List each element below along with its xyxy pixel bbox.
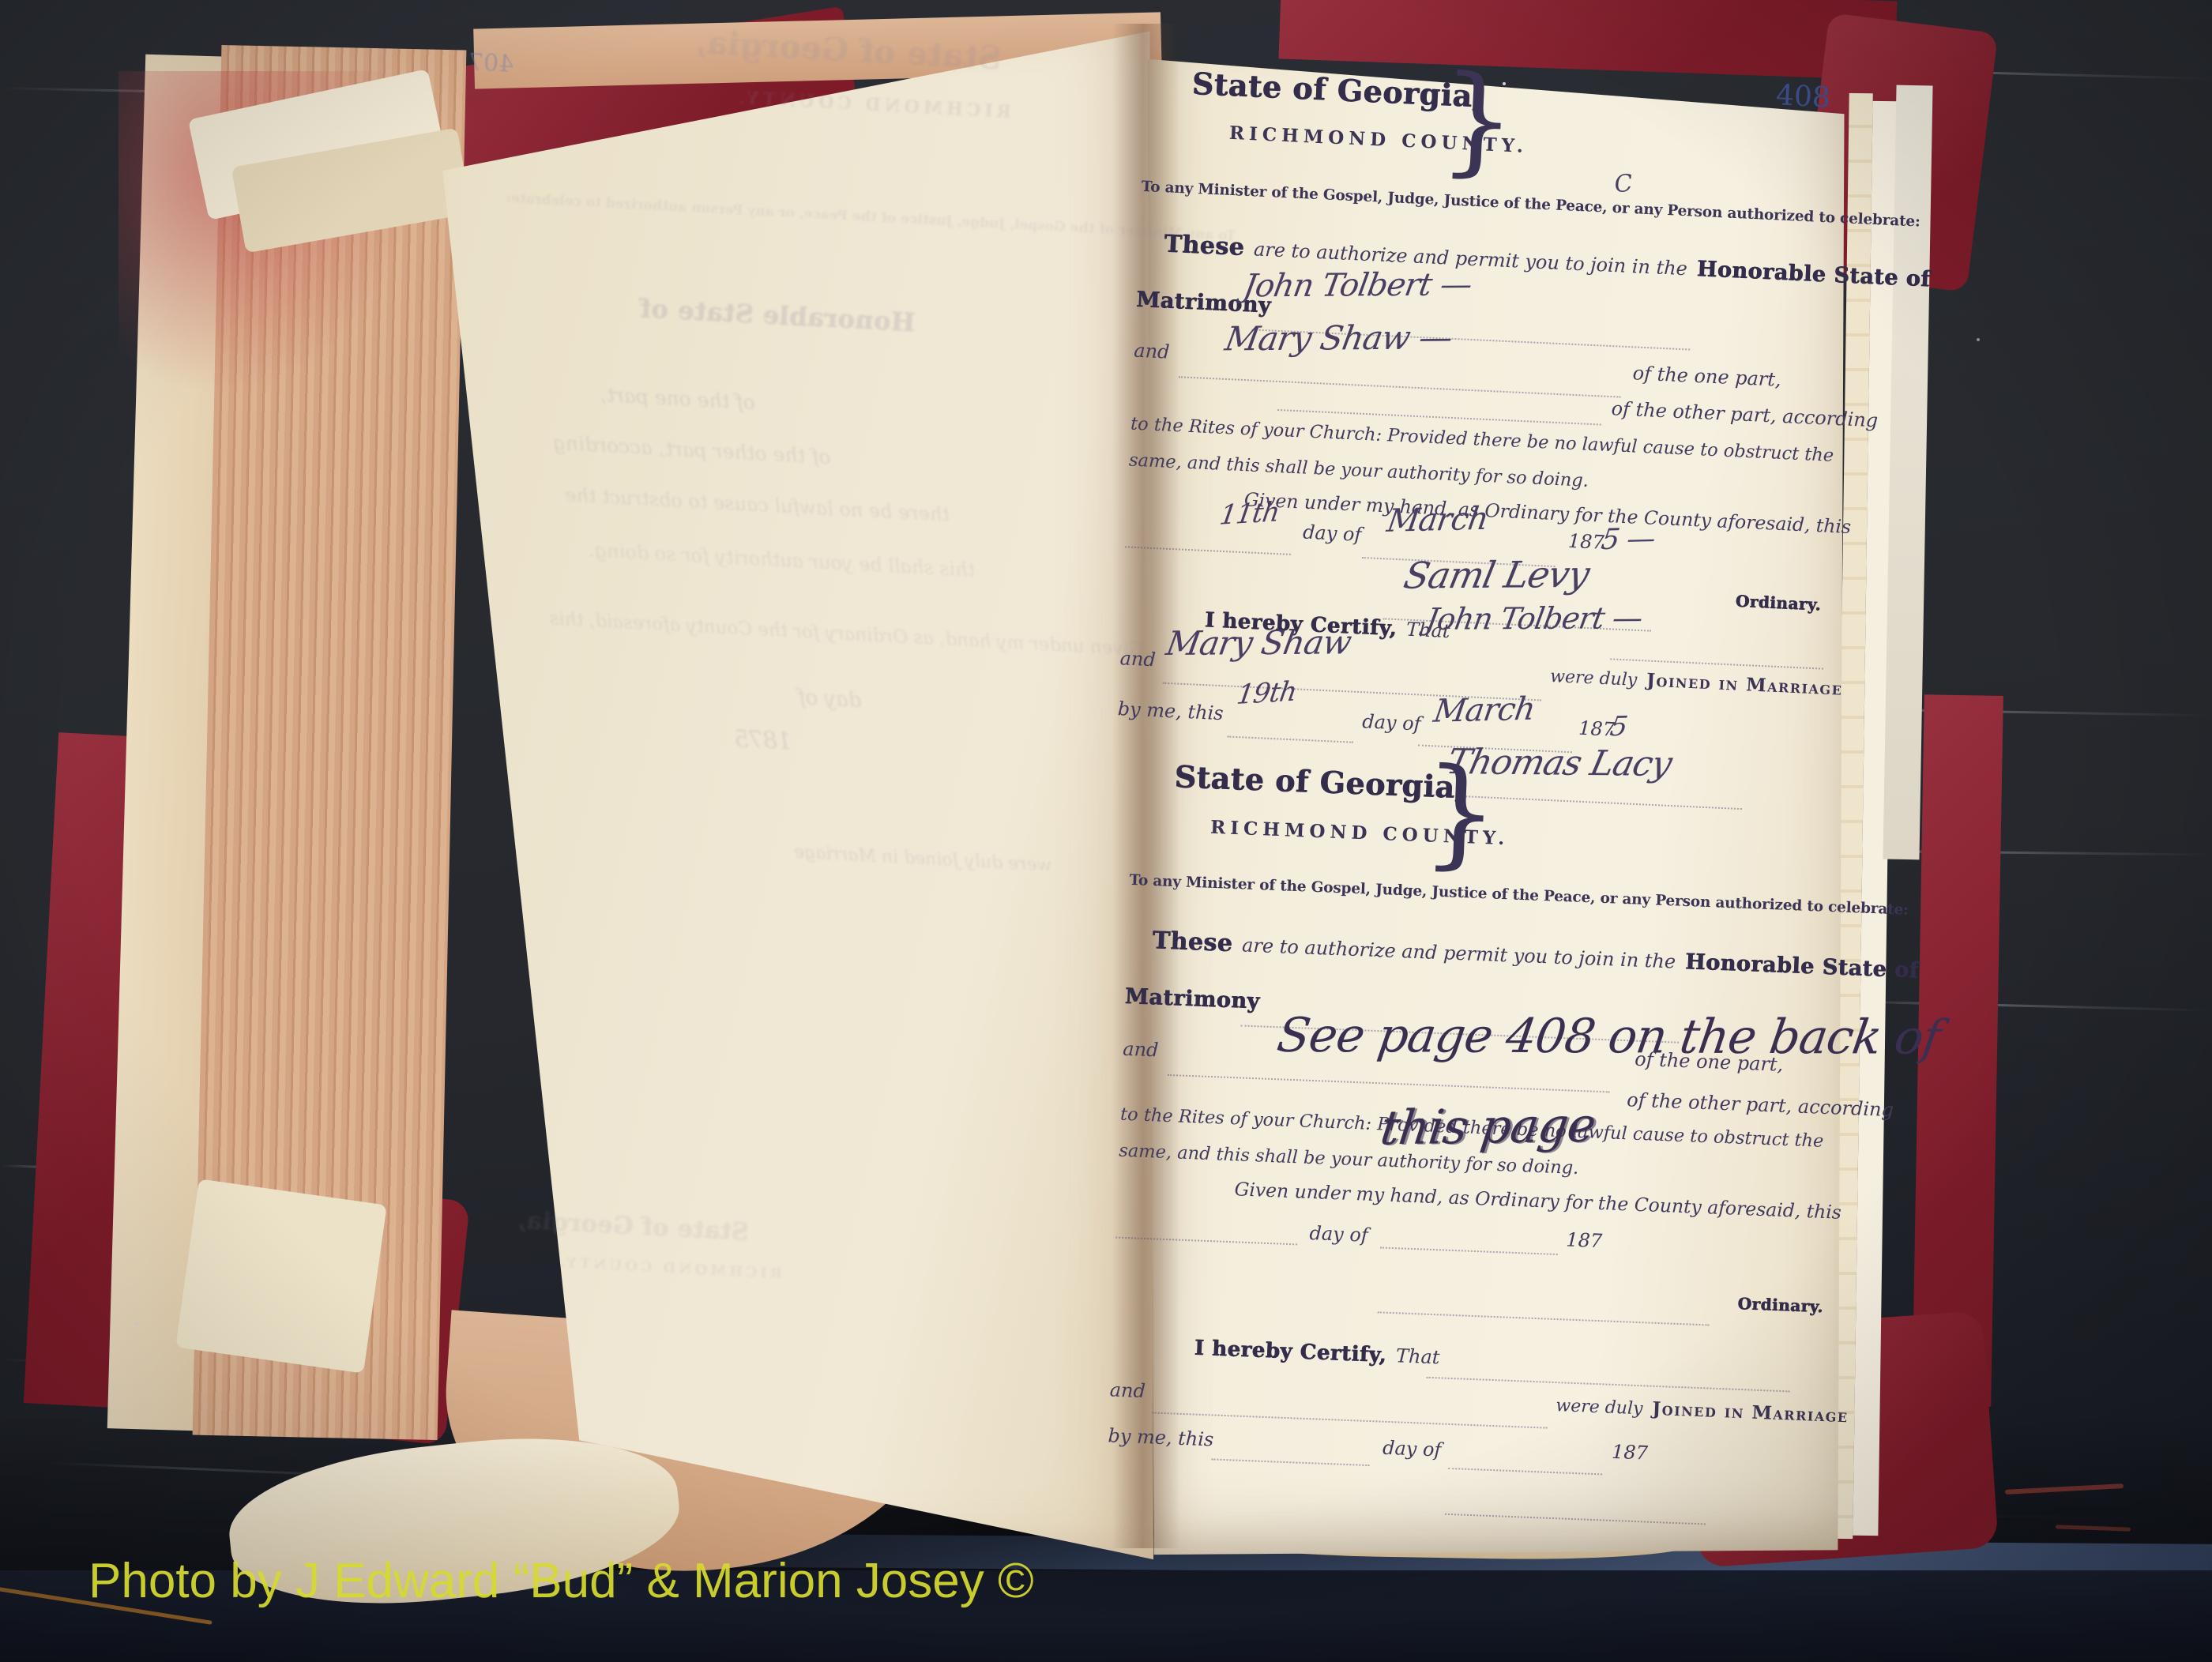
form1-certify-groom-name: John Tolbert —: [1424, 600, 1645, 637]
form1-bride-blank-line: [1179, 374, 1621, 397]
joined-prefix: were duly: [1550, 667, 1638, 690]
form1-authority-line: same, and this shall be your authority f…: [1129, 449, 1589, 491]
honorable-text: Honorable State of: [1685, 949, 1920, 983]
form1-marriage-month: March: [1431, 691, 1537, 730]
these-word: These: [1164, 230, 1245, 261]
ghost-year: 1875: [734, 725, 792, 756]
form2-brace-glyph: }: [1420, 752, 1500, 874]
joined-caps: Joined in Marriage: [1652, 1398, 1849, 1427]
photo-of-marriage-record-book: 407 State of Georgia, RICHMOND COUNTY. T…: [0, 0, 2212, 1662]
form1-joined-line: were duly Joined in Marriage: [1550, 665, 1843, 700]
ghost-county-header: RICHMOND COUNTY.: [735, 88, 1012, 122]
form2-year-prefix-2: 187: [1612, 1441, 1649, 1465]
these-word: These: [1152, 927, 1233, 957]
ghost-lawful-cause: there be no lawful cause to obstruct the: [565, 483, 950, 525]
form2-state-header: State of Georgia,: [1174, 758, 1466, 805]
form1-and-label: and: [1134, 340, 1170, 363]
form2-joined-line: were duly Joined in Marriage: [1556, 1394, 1849, 1427]
that-label: That: [1396, 1344, 1440, 1368]
form1-one-part-text: of the one part,: [1632, 362, 1781, 391]
ghost-address-line: To any Minister of the Gospel, Judge, Ju…: [506, 190, 1236, 244]
ghost-day-of: day of: [797, 686, 862, 713]
form1-bride-name: Mary Shaw —: [1222, 318, 1455, 358]
form2-day-blank: [1115, 1235, 1297, 1246]
marriage-record-form-1: State of Georgia, RICHMOND COUNTY. } To …: [1113, 62, 1857, 844]
form1-license-day: 11th: [1217, 496, 1281, 532]
form1-day-of-label-2: day of: [1362, 710, 1421, 735]
form2-day-of-label: day of: [1309, 1222, 1368, 1246]
form1-certify-blank: [1610, 656, 1823, 669]
marriage-record-form-2: State of Georgia, RICHMOND COUNTY. } To …: [1104, 747, 1845, 1548]
ghost-joined-line: were duly Joined in Marriage: [794, 842, 1052, 875]
ghost-other-part: of the other part, according: [552, 431, 831, 468]
ghost-authority: this shall be your authority for so doin…: [589, 539, 976, 581]
under-page-corner-bottom-left: [175, 1179, 387, 1373]
form2-month-blank: [1380, 1245, 1558, 1255]
photographer-watermark: Photo by J Edward “Bud” & Marion Josey ©: [88, 1553, 1034, 1609]
form1-and-label-2: and: [1119, 647, 1156, 671]
form2-ordinary-label: Ordinary.: [1737, 1294, 1823, 1316]
joined-prefix: were duly: [1556, 1396, 1643, 1419]
ghost-one-part: of the one part,: [600, 383, 755, 414]
form2-officiant-signature-line: [1445, 1512, 1706, 1525]
form2-note-line-2: this page: [1377, 1098, 1598, 1156]
form1-certify-bride-name: Mary Shaw: [1164, 622, 1354, 663]
form1-day-blank: [1125, 544, 1291, 555]
form1-brace-glyph: }: [1438, 59, 1518, 181]
form1-license-year-suffix: 5 —: [1599, 522, 1657, 556]
ghost-page-number: 407: [468, 49, 514, 79]
book-cover-top-edge: [1278, 0, 1897, 81]
form1-marriage-day-blank: [1227, 734, 1353, 743]
ghost-county-header-2: RICHMOND COUNTY.: [557, 1254, 783, 1283]
form1-ordinary-signature: Saml Levy: [1400, 553, 1593, 597]
certify-label: I hereby Certify,: [1194, 1336, 1386, 1367]
form1-marriage-year-suffix: 5: [1608, 711, 1629, 743]
form2-these-line: These are to authorize and permit you to…: [1152, 927, 1919, 983]
ghost-state-header-2: State of Georgia,: [517, 1206, 749, 1246]
form2-marriage-month-blank: [1448, 1466, 1602, 1475]
dust-speck: [134, 1322, 138, 1326]
form2-and-label-2: and: [1109, 1378, 1145, 1402]
left-page-bleedthrough: 407 State of Georgia, RICHMOND COUNTY. T…: [462, 28, 1145, 1529]
form2-ordinary-signature-line: [1378, 1310, 1710, 1325]
form1-address-line: To any Minister of the Gospel, Judge, Ju…: [1141, 179, 1920, 231]
form2-certify-line: I hereby Certify, That: [1194, 1336, 1440, 1369]
form1-day-of-label: day of: [1303, 521, 1362, 546]
form2-and-label: and: [1123, 1038, 1159, 1062]
dust-speck: [1977, 338, 1980, 341]
form2-bride-blank-line: [1168, 1073, 1610, 1092]
form2-day-of-label-2: day of: [1382, 1437, 1442, 1461]
form2-by-me-label: by me, this: [1108, 1424, 1214, 1450]
form2-year-prefix: 187: [1566, 1228, 1603, 1252]
form1-license-month: March: [1385, 501, 1491, 540]
form2-bride-blank: [1153, 1410, 1548, 1428]
form2-matrimony-label: Matrimony: [1124, 984, 1260, 1014]
form1-stray-pen-mark: C: [1613, 170, 1633, 199]
form1-groom-name: John Tolbert —: [1241, 266, 1475, 304]
ghost-honorable: Honorable State of: [639, 293, 916, 337]
form2-note-line-1: See page 408 on the back of: [1273, 1008, 1943, 1066]
authorize-text: are to authorize and permit you to join …: [1242, 934, 1676, 972]
ghost-state-header: State of Georgia,: [694, 24, 1003, 77]
joined-caps: Joined in Marriage: [1646, 670, 1843, 700]
form1-by-me-label: by me, this: [1117, 698, 1224, 724]
ghost-given-line: Given under my hand, as Ordinary for the…: [549, 608, 1144, 660]
form1-other-part-text: of the other part, according: [1611, 397, 1879, 431]
dust-speck: [1503, 82, 1506, 85]
form2-marriage-day-blank: [1211, 1457, 1369, 1466]
form2-given-line: Given under my hand, as Ordinary for the…: [1234, 1178, 1841, 1223]
form1-marriage-day: 19th: [1235, 675, 1299, 711]
form2-certify-blank: [1427, 1375, 1790, 1393]
form2-address-line: To any Minister of the Gospel, Judge, Ju…: [1129, 872, 1909, 919]
form1-ordinary-label: Ordinary.: [1735, 592, 1821, 615]
